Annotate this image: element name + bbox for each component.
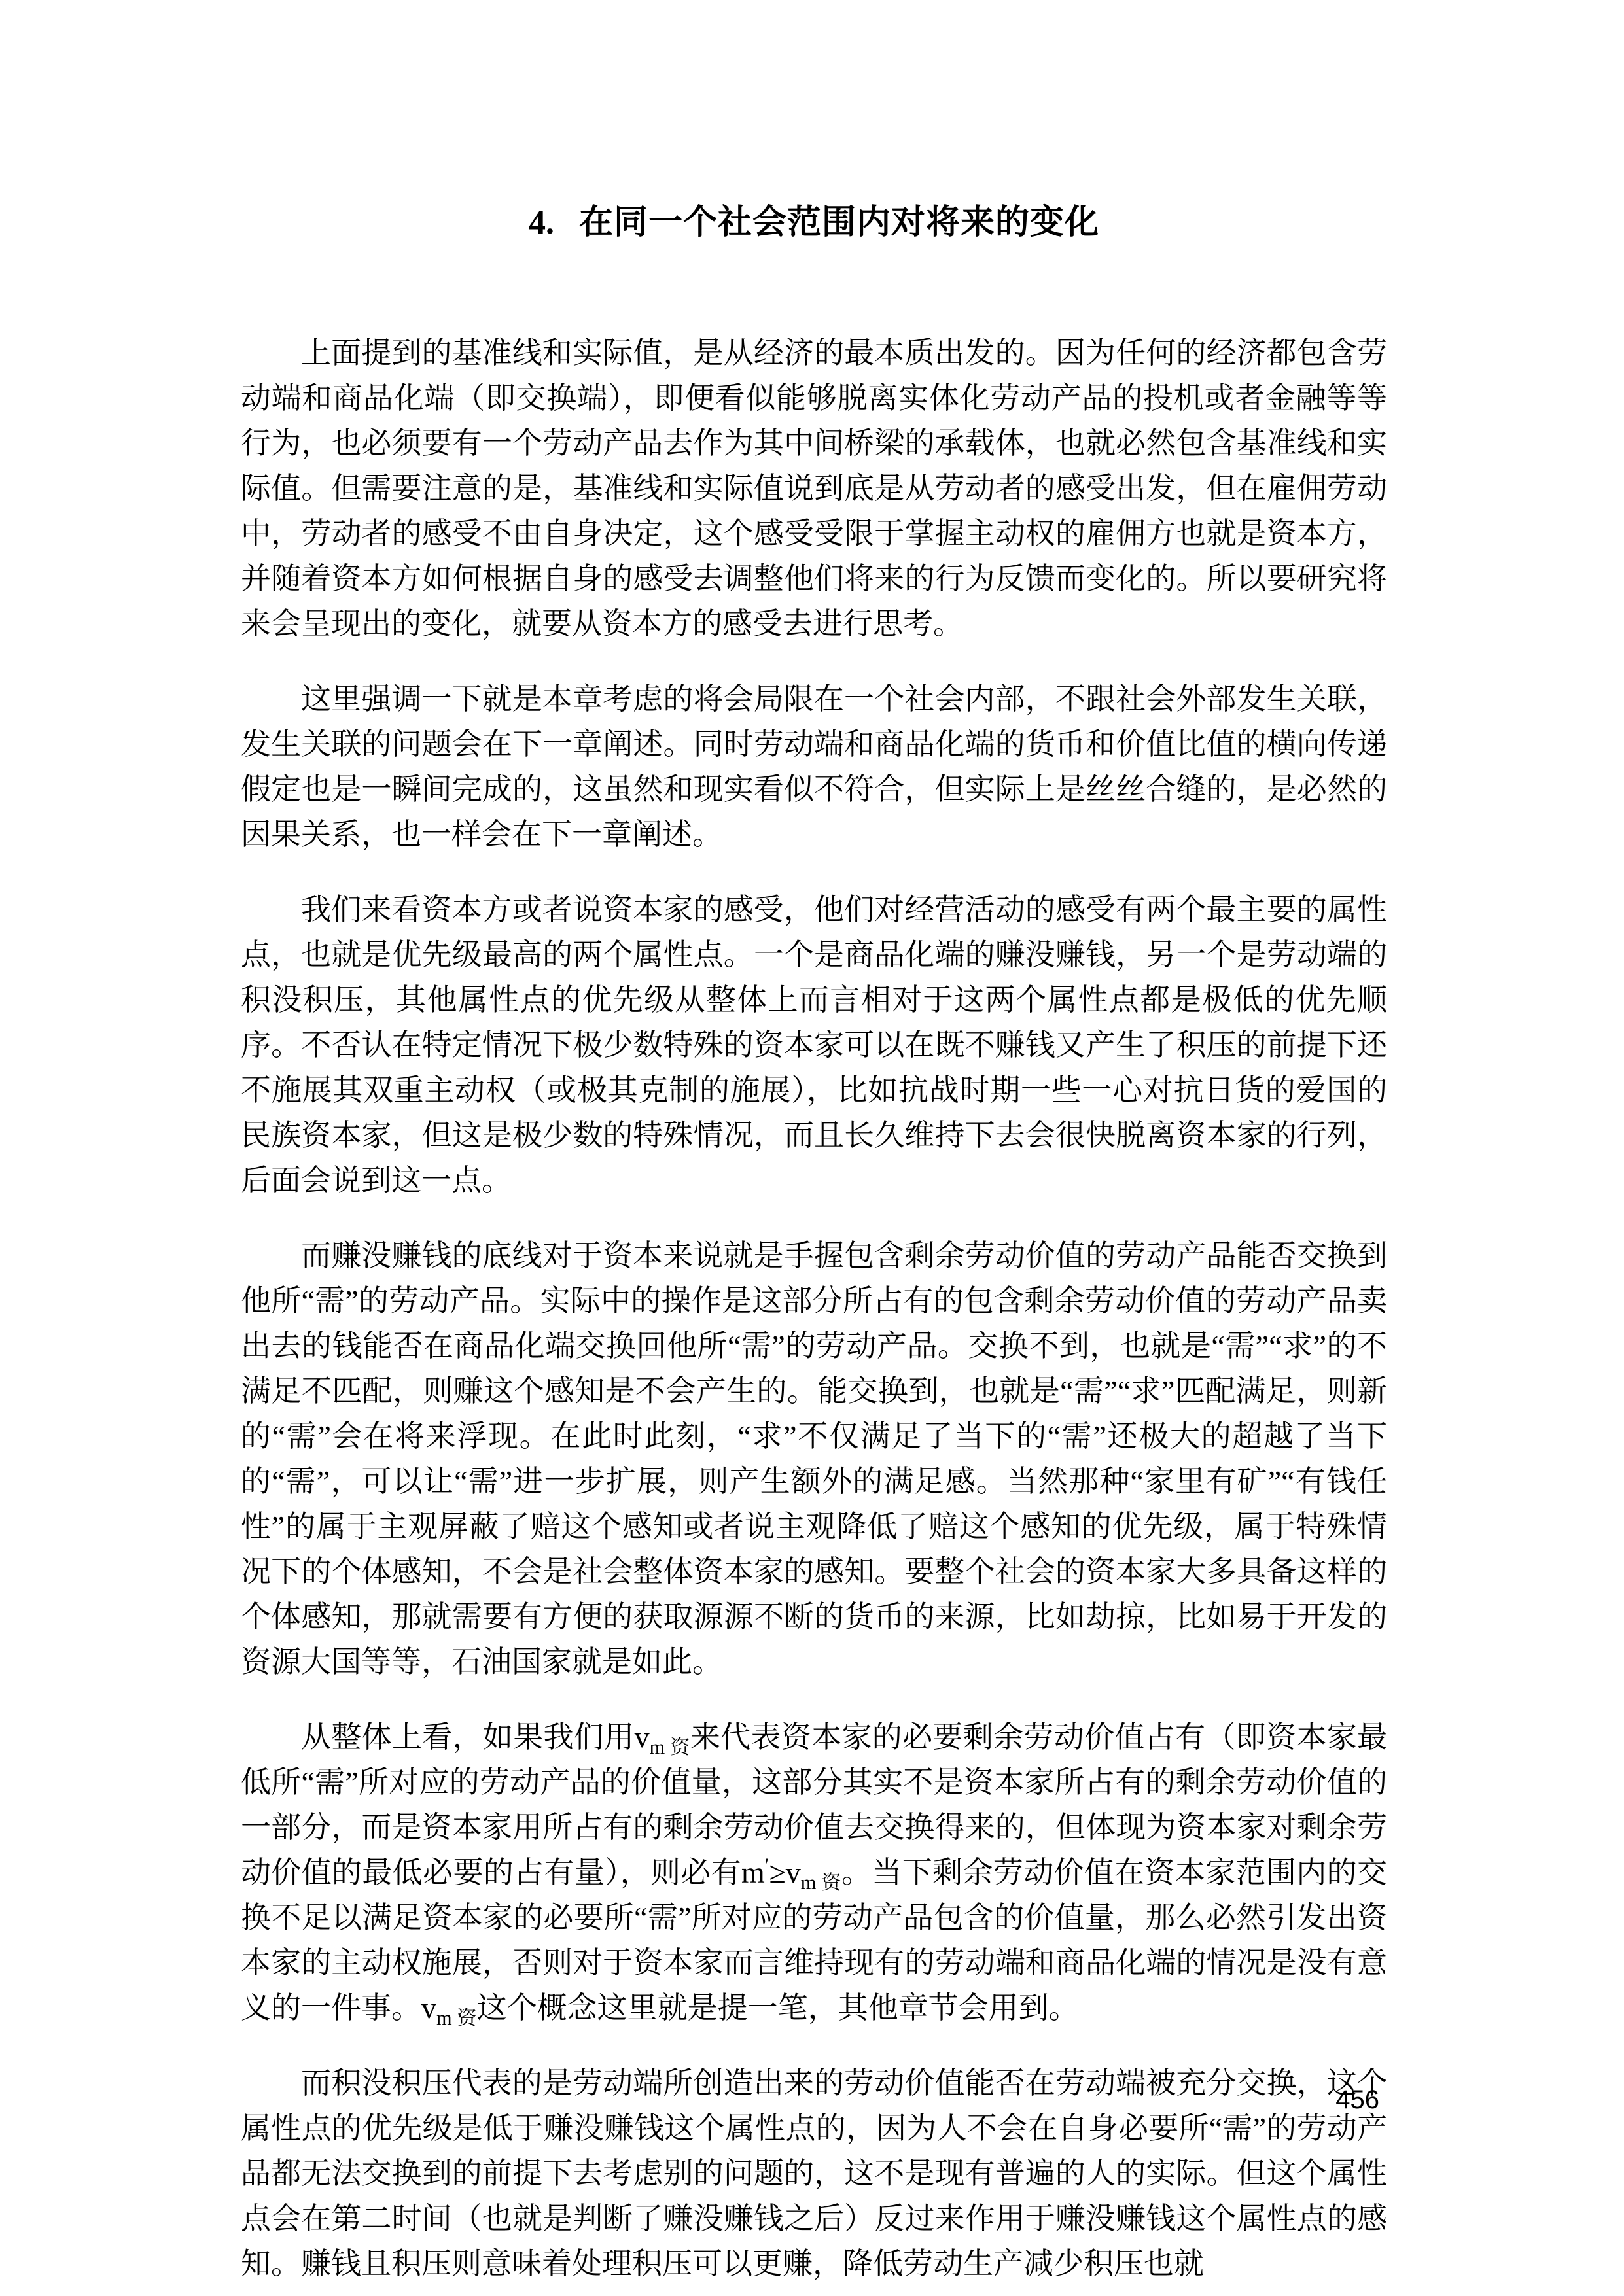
subscript-m-zi: m 资 bbox=[436, 2007, 477, 2029]
section-title-text: 在同一个社会范围内对将来的变化 bbox=[579, 204, 1099, 241]
variable-v: v bbox=[421, 1991, 436, 2025]
paragraph-5: 从整体上看，如果我们用vm 资来代表资本家的必要剩余劳动价值占有（即资本家最低所… bbox=[241, 1714, 1387, 2030]
document-page: 4.在同一个社会范围内对将来的变化 上面提到的基准线和实际值，是从经济的最本质出… bbox=[0, 0, 1624, 2296]
paragraph-5-text: 这个概念这里就是提一笔，其他章节会用到。 bbox=[477, 1991, 1079, 2025]
paragraph-1: 上面提到的基准线和实际值，是从经济的最本质出发的。因为任何的经济都包含劳动端和商… bbox=[241, 330, 1387, 646]
greater-equal-sign: ≥ bbox=[769, 1856, 785, 1889]
paragraph-3: 我们来看资本方或者说资本家的感受，他们对经营活动的感受有两个最主要的属性点，也就… bbox=[241, 887, 1387, 1203]
variable-v: v bbox=[786, 1856, 801, 1889]
page-number: 456 bbox=[1335, 2085, 1379, 2115]
subscript-m-zi: m 资 bbox=[801, 1871, 841, 1894]
section-number: 4. bbox=[529, 204, 554, 241]
paragraph-6: 而积没积压代表的是劳动端所创造出来的劳动价值能否在劳动端被充分交换，这个属性点的… bbox=[241, 2061, 1387, 2286]
section-title: 4.在同一个社会范围内对将来的变化 bbox=[241, 201, 1387, 244]
paragraph-2: 这里强调一下就是本章考虑的将会局限在一个社会内部，不跟社会外部发生关联，发生关联… bbox=[241, 676, 1387, 857]
paragraph-4: 而赚没赚钱的底线对于资本来说就是手握包含剩余劳动价值的劳动产品能否交换到他所“需… bbox=[241, 1233, 1387, 1684]
subscript-m-zi: m 资 bbox=[650, 1736, 690, 1758]
variable-v: v bbox=[635, 1720, 650, 1754]
variable-m: m bbox=[741, 1856, 765, 1889]
paragraph-5-text: 从整体上看，如果我们用 bbox=[301, 1720, 635, 1754]
